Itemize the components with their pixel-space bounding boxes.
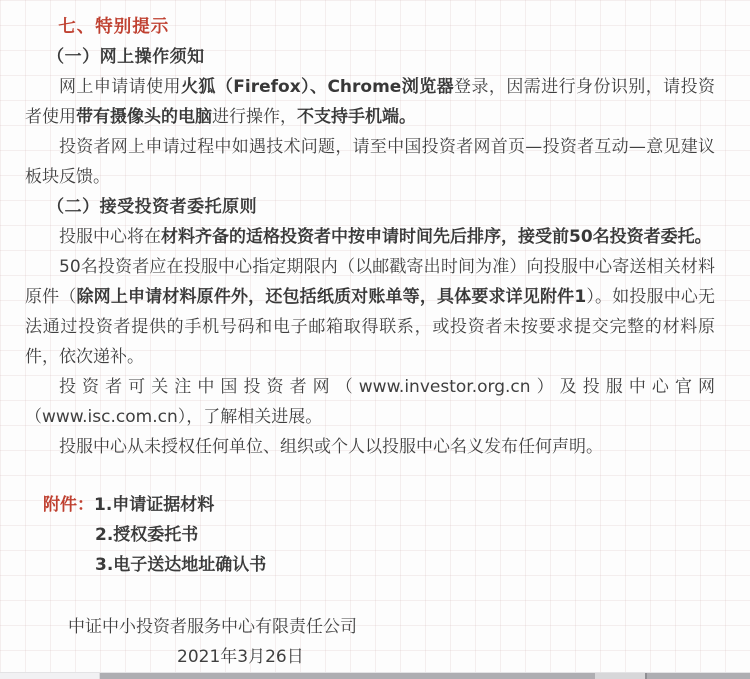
- signature-block: 中证中小投资者服务中心有限责任公司 2021年3月26日: [25, 612, 715, 672]
- section-title: 七、特别提示: [25, 12, 715, 42]
- horizontal-scrollbar: [0, 672, 750, 679]
- paragraph-technical-feedback: 投资者网上申请过程中如遇技术问题，请至中国投资者网首页—投资者互动—意见建议板块…: [25, 132, 715, 192]
- paragraph-mailing-materials: 50名投资者应在投服中心指定期限内（以邮戳寄出时间为准）向投服中心寄送相关材料原…: [25, 252, 715, 372]
- paragraph-website-links: 投资者可关注中国投资者网（www.investor.org.cn）及投服中心官网…: [25, 372, 715, 432]
- scrollbar-corner-segment: [0, 673, 100, 679]
- attachments-list: 附件：1.申请证据材料 2.授权委托书 3.电子送达地址确认书: [25, 490, 715, 580]
- attachment-item-1: 附件：1.申请证据材料: [25, 490, 715, 520]
- document-body: 七、特别提示 （一）网上操作须知 网上申请请使用火狐（Firefox）、Chro…: [25, 12, 715, 672]
- scrollbar-track-left[interactable]: [100, 673, 595, 679]
- attachment-item-3: 3.电子送达地址确认书: [25, 550, 715, 580]
- subsection-title-online-operation: （一）网上操作须知: [25, 42, 715, 72]
- subsection-title-entrustment-principle: （二）接受投资者委托原则: [25, 192, 715, 222]
- notice-document-page: 七、特别提示 （一）网上操作须知 网上申请请使用火狐（Firefox）、Chro…: [0, 0, 750, 672]
- attachment-item-1-text: 1.申请证据材料: [94, 495, 214, 515]
- paragraph-browser-requirements: 网上申请请使用火狐（Firefox）、Chrome浏览器登录，因需进行身份识别，…: [25, 72, 715, 132]
- scrollbar-thumb[interactable]: [595, 673, 645, 679]
- signature-date: 2021年3月26日: [25, 642, 715, 672]
- paragraph-authorization-disclaimer: 投服中心从未授权任何单位、组织或个人以投服中心名义发布任何声明。: [25, 432, 715, 462]
- attachments-label: 附件：: [43, 495, 94, 515]
- signature-company-name: 中证中小投资者服务中心有限责任公司: [25, 612, 715, 642]
- scrollbar-track-right[interactable]: [647, 673, 750, 679]
- attachment-item-2: 2.授权委托书: [25, 520, 715, 550]
- paragraph-first-50-investors: 投服中心将在材料齐备的适格投资者中按申请时间先后排序，接受前50名投资者委托。: [25, 222, 715, 252]
